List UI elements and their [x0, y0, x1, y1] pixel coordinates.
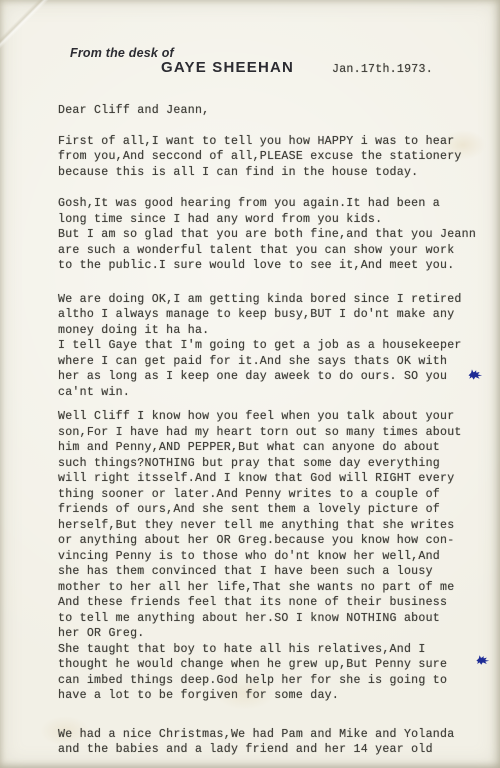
paragraph-5: We had a nice Christmas,We had Pam and M… — [58, 727, 488, 758]
letter-date: Jan.17th.1973. — [332, 62, 433, 78]
letterhead-sender-name: GAYE SHEEHAN — [161, 60, 294, 75]
letter-page: From the desk of GAYE SHEEHAN Jan.17th.1… — [0, 0, 500, 768]
letterhead-from-label: From the desk of — [70, 46, 174, 60]
paragraph-3: We are doing OK,I am getting kinda bored… — [58, 292, 488, 401]
paragraph-1: First of all,I want to tell you how HAPP… — [58, 134, 488, 181]
paragraph-2: Gosh,It was good hearing from you again.… — [58, 196, 488, 274]
salutation-line: Dear Cliff and Jeann, — [58, 103, 488, 119]
paragraph-4: Well Cliff I know how you feel when you … — [58, 409, 488, 704]
letter-body: Dear Cliff and Jeann, First of all,I wan… — [58, 103, 488, 758]
